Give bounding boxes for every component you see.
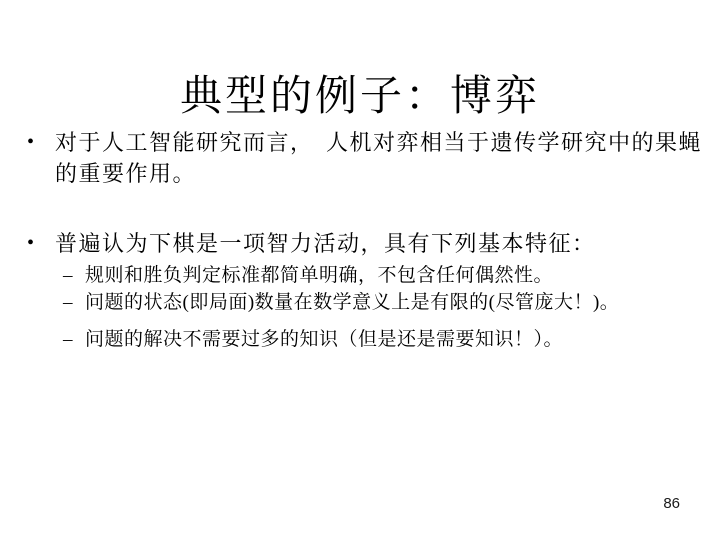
bullet-icon: • — [27, 127, 55, 158]
page-title: 典型的例子：博弈 — [0, 74, 720, 120]
bullet-item: • 对于人工智能研究而言， 人机对弈相当于遗传学研究中的果蝇的重要作用。 — [27, 127, 702, 189]
sub-bullet-item: – 规则和胜负判定标准都简单明确，不包含任何偶然性。 — [63, 262, 703, 290]
dash-icon: – — [63, 326, 85, 354]
dash-icon: – — [63, 262, 85, 290]
bullet-text: 普遍认为下棋是一项智力活动，具有下列基本特征： — [55, 228, 702, 259]
bullet-item: • 普遍认为下棋是一项智力活动，具有下列基本特征： — [27, 228, 702, 259]
sub-bullet-text: 问题的状态(即局面)数量在数学意义上是有限的(尽管庞大！)。 — [85, 289, 703, 317]
sub-bullet-item: – 问题的解决不需要过多的知识（但是还是需要知识！）。 — [63, 326, 703, 354]
sub-bullet-text: 问题的解决不需要过多的知识（但是还是需要知识！）。 — [85, 326, 703, 354]
sub-bullet-text: 规则和胜负判定标准都简单明确，不包含任何偶然性。 — [85, 262, 703, 290]
bullet-icon: • — [27, 228, 55, 259]
bullet-text: 对于人工智能研究而言， 人机对弈相当于遗传学研究中的果蝇的重要作用。 — [55, 127, 702, 189]
slide: 典型的例子：博弈 • 对于人工智能研究而言， 人机对弈相当于遗传学研究中的果蝇的… — [0, 0, 720, 540]
sub-bullet-item: – 问题的状态(即局面)数量在数学意义上是有限的(尽管庞大！)。 — [63, 289, 703, 317]
dash-icon: – — [63, 289, 85, 317]
page-number: 86 — [663, 495, 680, 513]
